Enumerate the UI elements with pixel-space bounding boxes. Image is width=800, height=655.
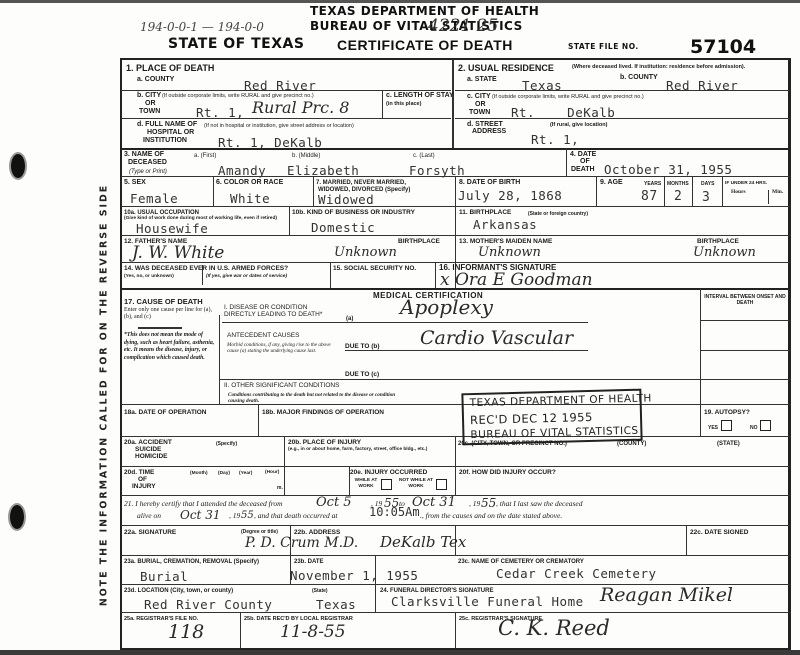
stamp-line-1: TEXAS DEPARTMENT OF HEALTH — [469, 392, 652, 409]
race-field[interactable]: White — [230, 192, 270, 205]
father-birthplace-field[interactable]: Unknown — [334, 245, 397, 261]
due-to-b-label: DUE TO (b) — [345, 343, 380, 351]
received-stamp: TEXAS DEPARTMENT OF HEALTH REC'D DEC 12 … — [461, 389, 642, 446]
while-at-work-label: WHILE AT WORK — [352, 478, 380, 489]
marital-field[interactable]: Widowed — [318, 193, 374, 206]
page-bottom-edge — [0, 650, 800, 655]
year-prefix: , 19 — [469, 500, 480, 508]
dob-label: 8. DATE OF BIRTH — [459, 179, 520, 187]
date-of-death-field[interactable]: October 31, 1955 — [604, 163, 732, 176]
due-to-c-label: DUE TO (c) — [345, 371, 379, 379]
residence-state-label: a. STATE — [467, 76, 497, 84]
place-of-injury-label: 20b. PLACE OF INJURY — [288, 439, 448, 447]
rule — [220, 379, 791, 380]
column-divider — [692, 176, 693, 206]
column-divider — [596, 176, 597, 206]
column-divider — [219, 315, 220, 404]
date-of-death-label-2: OF — [580, 158, 590, 166]
death-city-field[interactable]: Rt. 1, — [196, 106, 244, 119]
age-months-field[interactable]: 2 — [674, 190, 682, 203]
age-label: 9. AGE — [600, 179, 623, 187]
father-birthplace-label: BIRTHPLACE — [398, 238, 440, 246]
column-divider — [768, 190, 769, 204]
birthplace-field[interactable]: Arkansas — [473, 218, 537, 231]
rule — [121, 235, 791, 236]
rule — [121, 466, 791, 467]
rule — [455, 118, 791, 119]
reverse-side-note: NOTE THE INFORMATION CALLED FOR ON THE R… — [94, 160, 114, 630]
business-label: 10b. KIND OF BUSINESS OR INDUSTRY — [292, 209, 415, 217]
cause-a-marker: (a) — [346, 315, 353, 323]
autopsy-label: 19. AUTOPSY? — [704, 409, 750, 417]
column-divider — [313, 176, 314, 206]
operation-date-label: 18a. DATE OF OPERATION — [124, 409, 206, 417]
city-label: b. CITY — [137, 92, 161, 100]
hours-label: Hours — [731, 188, 746, 196]
burial-date-field[interactable]: November 1, 1955 — [290, 569, 418, 582]
autopsy-yes-label: YES — [708, 424, 718, 432]
not-while-at-work-label: NOT WHILE AT WORK — [398, 478, 434, 489]
column-divider — [349, 466, 350, 495]
rule — [700, 350, 791, 351]
month-label: (Month) — [190, 470, 208, 478]
causes-text: ., from the causes and on the date state… — [420, 512, 562, 520]
funeral-director-signature: Reagan Mikel — [600, 587, 733, 603]
interval-label: INTERVAL BETWEEN ONSET AND DEATH — [704, 294, 786, 306]
alive-on-field[interactable]: Oct 31 — [180, 507, 220, 523]
min-label: Min. — [772, 188, 783, 196]
state-file-number: 57104 — [690, 36, 756, 58]
cause-of-death-hint: Enter only one cause per line for (a), (… — [124, 307, 216, 321]
operation-findings-label: 18b. MAJOR FINDINGS OF OPERATION — [262, 409, 384, 417]
registrar-file-field[interactable]: 118 — [168, 624, 204, 640]
column-divider — [375, 555, 376, 612]
business-field[interactable]: Domestic — [311, 221, 375, 234]
town-label: TOWN — [469, 109, 490, 117]
column-divider — [452, 60, 454, 148]
state-title: STATE OF TEXAS — [168, 36, 304, 52]
burial-method-field[interactable]: Burial — [140, 570, 188, 583]
day-label: (Day) — [218, 470, 230, 478]
handwritten-number: 4221 25 — [428, 16, 498, 36]
how-injury-label: 20f. HOW DID INJURY OCCUR? — [459, 469, 556, 477]
place-of-injury-hint: (e.g., in or about home, farm, factory, … — [288, 447, 448, 453]
street-field[interactable]: Rt. 1, — [531, 133, 579, 146]
column-divider — [455, 612, 456, 648]
date-signed-label: 22c. DATE SIGNED — [690, 529, 748, 537]
father-field[interactable]: J. W. White — [132, 245, 224, 261]
residence-city-field[interactable]: Rt. DeKalb — [511, 106, 615, 119]
occupation-field[interactable]: Housewife — [136, 222, 208, 235]
column-divider — [330, 262, 331, 288]
specify-label: (Specify) — [216, 440, 237, 448]
armed-forces-hint: (Yes, no, or unknown) — [124, 273, 174, 281]
hospital-label-2: HOSPITAL OR — [147, 129, 194, 137]
rule — [121, 555, 791, 556]
burial-state-field[interactable]: Texas — [316, 598, 356, 611]
hospital-hint: (If not in hospital or institution, give… — [204, 122, 354, 130]
rule — [121, 436, 791, 437]
or-label: OR — [475, 101, 486, 109]
rule — [455, 90, 791, 91]
page-top-edge — [0, 0, 800, 3]
alive-on-year[interactable]: 55 — [241, 508, 254, 524]
length-of-stay-label: c. LENGTH OF STAY — [386, 92, 454, 100]
burial-location-label: 23d. LOCATION (City, town, or county) — [124, 587, 233, 595]
mother-field[interactable]: Unknown — [478, 245, 541, 261]
town-label: TOWN — [139, 108, 160, 116]
column-divider — [240, 612, 241, 648]
residence-city-hint: (If outside corporate limits, write RURA… — [492, 93, 644, 101]
rule — [121, 404, 791, 405]
rule — [121, 206, 791, 207]
not-while-at-work-checkbox[interactable] — [436, 479, 447, 490]
middle-name-field[interactable]: Elizabeth — [287, 164, 359, 177]
cemetery-field[interactable]: Cedar Creek Cemetery — [496, 567, 657, 580]
alive-on-text: alive on — [137, 512, 161, 520]
registrar-signature: C. K. Reed — [498, 620, 610, 636]
column-divider — [213, 176, 214, 206]
column-divider — [700, 288, 701, 436]
death-county-field[interactable]: Red River — [244, 79, 316, 92]
rule — [138, 327, 182, 329]
directly-leading-label: DIRECTLY LEADING TO DEATH* — [224, 311, 322, 319]
stamp-line-3: BUREAU OF VITAL STATISTICS — [470, 425, 638, 441]
rule — [222, 322, 588, 323]
injury-state-label: (STATE) — [717, 440, 740, 448]
armed-forces-label: 14. WAS DECEASED EVER IN U.S. ARMED FORC… — [124, 265, 288, 273]
birthplace-hint: (State or foreign country) — [528, 210, 588, 218]
street-label-2: ADDRESS — [472, 128, 506, 136]
death-city-handwritten: Rural Prc. 8 — [252, 100, 349, 116]
injury-occurred-label: 20e. INJURY OCCURRED — [350, 469, 427, 477]
column-divider — [722, 176, 723, 206]
antecedent-hint: Morbid conditions, if any, giving rise t… — [227, 343, 342, 355]
column-divider — [686, 525, 687, 555]
date-of-death-label-3: DEATH — [571, 166, 595, 174]
death-time-field[interactable]: 10:05Am — [369, 506, 420, 519]
name-label: 3. NAME OF — [124, 151, 164, 159]
last-name-field[interactable]: Forsyth — [409, 164, 465, 177]
rule — [121, 612, 791, 613]
department-title: TEXAS DEPARTMENT OF HEALTH — [310, 5, 539, 18]
residence-county-label: b. COUNTY — [620, 74, 658, 82]
age-years-field[interactable]: 87 — [641, 190, 658, 203]
county-label: a. COUNTY — [137, 76, 174, 84]
address-label: 22b. ADDRESS — [294, 529, 340, 537]
funeral-home-field[interactable]: Clarksville Funeral Home — [391, 595, 584, 608]
year-label: (Year) — [239, 470, 252, 478]
middle-name-label: b. (Middle) — [292, 152, 320, 160]
cause-of-death-label: 17. CAUSE OF DEATH — [124, 298, 203, 306]
autopsy-no-checkbox[interactable] — [760, 420, 771, 431]
hospital-label: d. FULL NAME OF — [137, 121, 197, 129]
mother-birthplace-field[interactable]: Unknown — [693, 245, 756, 261]
time-of-injury-label-3: INJURY — [132, 483, 156, 491]
days-label: DAYS — [701, 180, 714, 188]
under-24-label: IF UNDER 24 HRS. — [725, 180, 767, 188]
armed-forces-service-hint: (If yes, give war or dates of service) — [206, 273, 287, 281]
residence-state-field[interactable]: Texas — [522, 79, 562, 92]
rule — [121, 525, 791, 526]
race-label: 6. COLOR OR RACE — [216, 179, 283, 187]
year-prefix: , 19 — [229, 512, 240, 520]
punch-hole-icon — [9, 152, 27, 180]
cause-b-field[interactable]: Cardio Vascular — [420, 330, 573, 346]
street-hint: (If rural, give location) — [550, 121, 607, 129]
punch-hole-icon — [8, 503, 26, 531]
attended-to-year[interactable]: 55 — [481, 495, 496, 511]
column-divider — [566, 148, 567, 176]
place-of-death-label: 1. PLACE OF DEATH — [126, 63, 214, 73]
other-conditions-label: II. OTHER SIGNIFICANT CONDITIONS — [224, 382, 339, 390]
column-divider — [289, 206, 290, 235]
column-divider — [455, 436, 456, 495]
reverse-side-note-text: NOTE THE INFORMATION CALLED FOR ON THE R… — [99, 184, 110, 606]
handwritten-top-note: 194-0-0-1 — 194-0-0 — [140, 20, 264, 34]
attended-from-field[interactable]: Oct 5 — [316, 495, 352, 511]
birthplace-label: 11. BIRTHPLACE — [459, 209, 511, 217]
page-title: CERTIFICATE OF DEATH — [337, 37, 513, 53]
name-label-3: (Type or Print) — [129, 168, 167, 176]
state-file-label: STATE FILE NO. — [568, 42, 639, 51]
death-occurred-text: , and that death occurred at — [254, 512, 337, 520]
rule — [345, 350, 588, 351]
other-conditions-hint: Conditions contributing to the death but… — [228, 392, 398, 404]
burial-location-field[interactable]: Red River County — [144, 598, 272, 611]
first-name-label: a. (First) — [194, 152, 216, 160]
physician-signature: P. D. Crum M.D. — [245, 535, 358, 551]
autopsy-no-label: NO — [750, 424, 758, 432]
cause-footnote: *This does not mean the mode of dying, s… — [124, 332, 216, 362]
sex-field[interactable]: Female — [130, 192, 178, 205]
rule — [121, 495, 791, 496]
stamp-date-line: REC'D DEC 12 1955 — [470, 410, 593, 427]
usual-residence-label: 2. USUAL RESIDENCE — [458, 63, 554, 73]
burial-date-label: 23b. DATE — [294, 558, 324, 566]
burial-state-label: (State) — [312, 587, 328, 595]
years-label: YEARS — [644, 180, 661, 188]
antecedent-causes-label: ANTECEDENT CAUSES — [227, 332, 299, 340]
last-name-label: c. (Last) — [413, 152, 435, 160]
signature-label: 22a. SIGNATURE — [124, 529, 176, 537]
column-divider — [382, 90, 383, 118]
column-divider — [664, 176, 665, 206]
column-divider — [258, 404, 259, 436]
first-name-field[interactable]: Amandy — [218, 164, 266, 177]
autopsy-yes-checkbox[interactable] — [721, 420, 732, 431]
age-days-field[interactable]: 3 — [702, 191, 710, 204]
last-saw-text: , that I last saw the deceased — [496, 500, 582, 508]
dob-field[interactable]: July 28, 1868 — [458, 189, 562, 202]
cemetery-label: 23c. NAME OF CEMETERY OR CREMATORY — [458, 558, 584, 566]
m-label: m. — [277, 484, 283, 492]
homicide-label: HOMICIDE — [135, 453, 168, 461]
ssn-label: 15. SOCIAL SECURITY NO. — [333, 265, 416, 273]
cause-a-field[interactable]: Apoplexy — [400, 299, 493, 315]
length-of-stay-hint: (in this place) — [386, 100, 421, 108]
registrar-date-field[interactable]: 11-8-55 — [280, 624, 346, 640]
rule — [700, 320, 791, 321]
burial-method-label: 23a. BURIAL, CREMATION, REMOVAL (Specify… — [124, 558, 259, 566]
residence-city-label: c. CITY — [467, 93, 491, 101]
residence-county-field[interactable]: Red River — [666, 79, 738, 92]
months-label: MONTHS — [667, 180, 689, 188]
hospital-field[interactable]: Rt. 1, DeKalb — [218, 136, 322, 149]
informant-signature: x Ora E Goodman — [440, 272, 593, 288]
sex-label: 5. SEX — [124, 179, 146, 187]
column-divider — [284, 436, 285, 495]
physician-address: DeKalb Tex — [380, 534, 466, 550]
column-divider — [435, 262, 436, 288]
rule — [121, 118, 451, 119]
hospital-label-3: INSTITUTION — [143, 137, 187, 145]
while-at-work-checkbox[interactable] — [381, 479, 392, 490]
hour-label: (Hour) — [265, 469, 279, 477]
name-label-2: DECEASED — [128, 159, 167, 167]
or-label: OR — [145, 100, 156, 108]
usual-residence-hint: (Where deceased lived. If institution: r… — [572, 64, 782, 71]
